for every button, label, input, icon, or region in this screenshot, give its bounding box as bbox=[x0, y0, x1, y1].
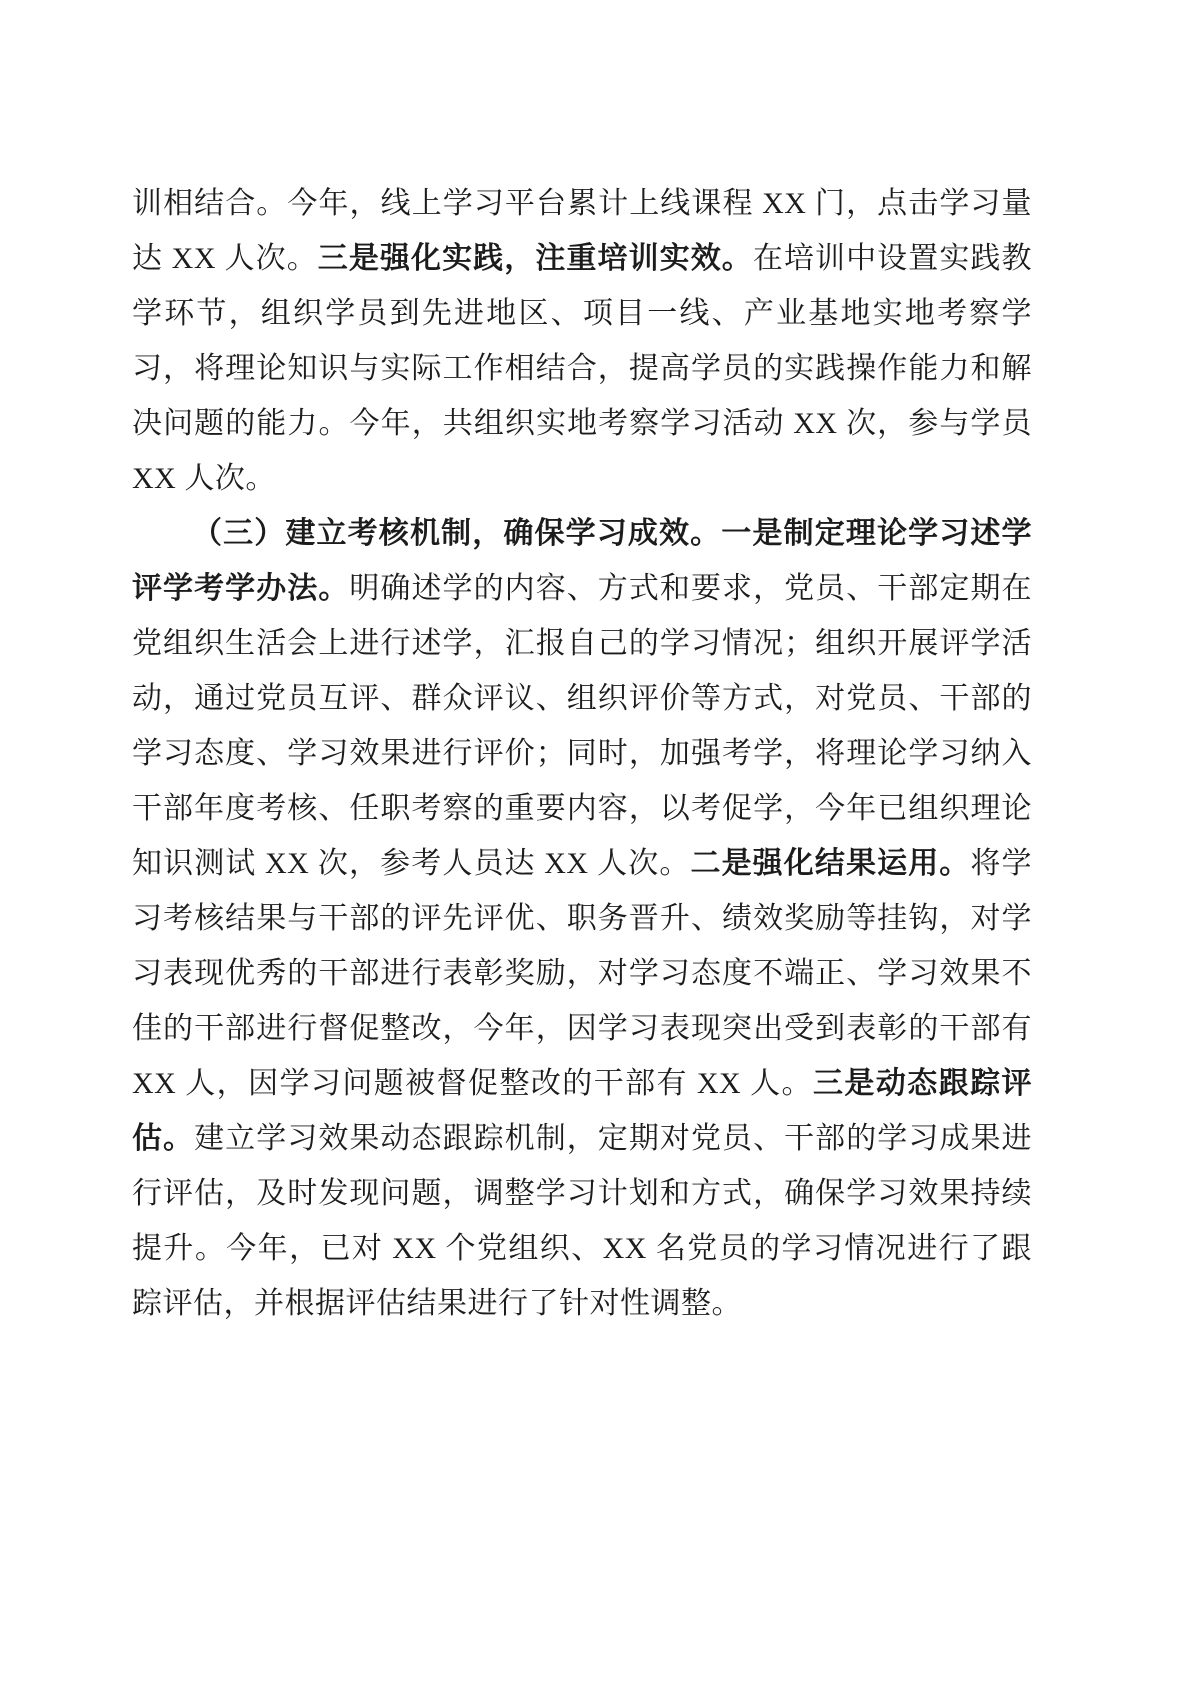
text-run: 二是强化结果运用。 bbox=[690, 847, 970, 880]
text-run: 将学习考核结果与干部的评先评优、职务晋升、绩效奖励等挂钩，对学习表现优秀的干部进… bbox=[132, 847, 1032, 1100]
text-run: 在培训中设置实践教学环节，组织学员到先进地区、项目一线、产业基地实地考察学习，将… bbox=[132, 242, 1032, 495]
paragraph: 训相结合。今年，线上学习平台累计上线课程 XX 门，点击学习量达 XX 人次。三… bbox=[132, 176, 1032, 506]
text-run: 三是强化实践，注重培训实效。 bbox=[318, 242, 753, 275]
paragraph: （三）建立考核机制，确保学习成效。一是制定理论学习述学评学考学办法。明确述学的内… bbox=[132, 506, 1032, 1331]
text-run: 明确述学的内容、方式和要求，党员、干部定期在党组织生活会上进行述学，汇报自己的学… bbox=[132, 572, 1032, 880]
document-body: 训相结合。今年，线上学习平台累计上线课程 XX 门，点击学习量达 XX 人次。三… bbox=[132, 176, 1032, 1331]
text-run: （三）建立考核机制，确保学习成效。 bbox=[192, 517, 721, 550]
text-run: 建立学习效果动态跟踪机制，定期对党员、干部的学习成果进行评估，及时发现问题，调整… bbox=[132, 1122, 1032, 1320]
document-page: 训相结合。今年，线上学习平台累计上线课程 XX 门，点击学习量达 XX 人次。三… bbox=[0, 0, 1190, 1683]
